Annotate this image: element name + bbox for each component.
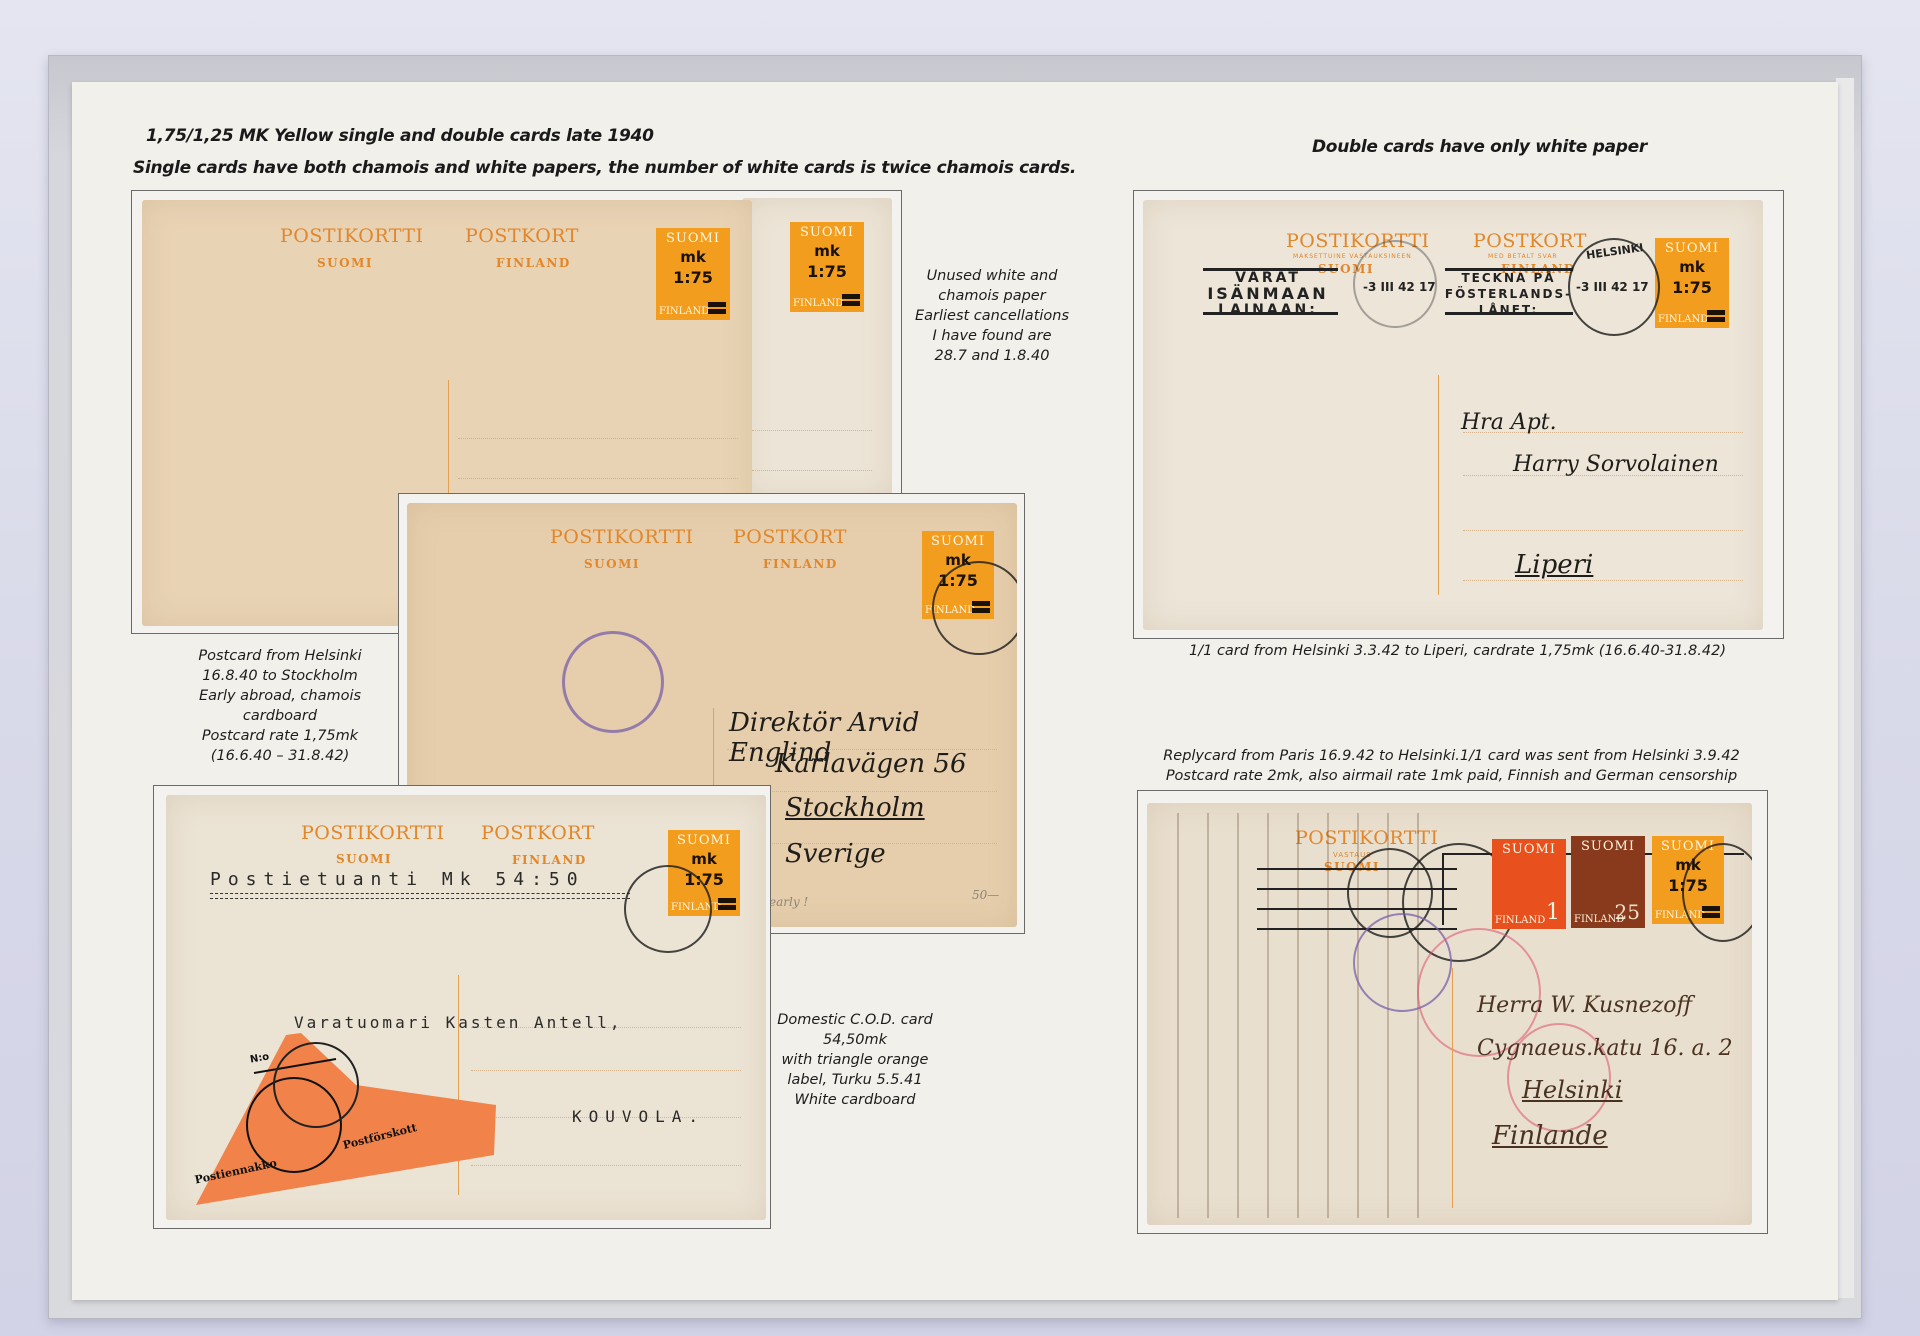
slogan-line: TECKNA PÅ — [1441, 270, 1576, 286]
unused-cards-caption: Unused white and chamois paper Earliest … — [897, 266, 1087, 366]
handwritten-addressee: Harry Sorvolainen — [1513, 452, 1719, 477]
address-line — [458, 478, 738, 479]
postmark-date: -3 III 42 17 — [1576, 280, 1649, 294]
stamp-country: SUOMI — [656, 231, 730, 246]
address-line — [1463, 530, 1743, 531]
cod-caption: Domestic C.O.D. card 54,50mk with triang… — [770, 1010, 940, 1110]
stamp-surcharge-unit: mk — [668, 850, 740, 868]
price-note: 50— — [972, 888, 999, 902]
stamp-surcharge-value: 1:75 — [656, 268, 730, 287]
stamp-25p: SUOMI 25 FINLAND — [1571, 836, 1645, 928]
obliteration-bars-icon — [1707, 310, 1725, 322]
slogan-sv: TECKNA PÅ FÖSTERLANDS- LÅNET: — [1441, 270, 1576, 318]
caption-line: chamois paper — [897, 286, 1087, 306]
obliteration-bars-icon — [842, 294, 860, 306]
stamp-country: SUOMI — [1655, 241, 1729, 256]
postmark-date: -3 III 42 17 — [1363, 280, 1436, 294]
cod-card[interactable]: POSTIKORTTI POSTKORT SUOMI FINLAND Posti… — [166, 795, 766, 1220]
caption-line: label, Turku 5.5.41 — [770, 1070, 940, 1090]
slogan-fi: VARAT ISÄNMAAN LAINAAN: — [1198, 270, 1338, 318]
stamp-country: SUOMI — [922, 534, 994, 549]
caption-line: I have found are — [897, 326, 1087, 346]
card-paid-reply-sv: MED BETALT SVAR — [1488, 253, 1558, 260]
stamp-country: SUOMI — [790, 225, 864, 240]
caption-line: Replycard from Paris 16.9.42 to Helsinki… — [1137, 746, 1766, 766]
slogan-line: LAINAAN: — [1198, 302, 1338, 318]
handwritten-street: Cygnaeus.katu 16. a. 2 — [1477, 1036, 1733, 1061]
slogan-line: FÖSTERLANDS- — [1441, 286, 1576, 302]
handwritten-addressee: Herra W. Kusnezoff — [1477, 993, 1692, 1018]
card-header-fi: POSTIKORTTI — [280, 225, 424, 247]
typed-cod-amount: Postietuanti Mk 54:50 — [210, 869, 585, 890]
caption-line: Domestic C.O.D. card — [770, 1010, 940, 1030]
card-header-fi: POSTIKORTTI — [550, 526, 694, 548]
double-cards-heading: Double cards have only white paper — [1312, 137, 1647, 157]
handwritten-addressee-title: Hra Apt. — [1461, 410, 1557, 435]
stamp-country: SUOMI — [668, 833, 740, 848]
handwritten-country: Finlande — [1492, 1121, 1608, 1151]
caption-line: Postcard from Helsinki — [180, 646, 380, 666]
stamp-bottom-text: FINLAND — [1658, 314, 1708, 325]
address-line — [471, 1070, 741, 1071]
typed-town: KOUVOLA. — [572, 1107, 705, 1126]
divider-line — [1438, 375, 1439, 595]
caption-line: Earliest cancellations — [897, 306, 1087, 326]
stamp-bottom-text: FINLAND — [1574, 914, 1624, 925]
liperi-card[interactable]: POSTIKORTTI POSTKORT MAKSETTUINE VASTAUK… — [1143, 200, 1763, 630]
handwritten-city: Stockholm — [785, 793, 925, 823]
pencil-note: early ! — [769, 895, 808, 909]
slogan-line: LÅNET: — [1441, 302, 1576, 318]
card-header-sv: POSTKORT — [733, 526, 847, 548]
stamp-country: SUOMI — [1492, 842, 1566, 857]
paris-caption: Replycard from Paris 16.9.42 to Helsinki… — [1137, 746, 1766, 786]
handwritten-street: Karlavägen 56 — [775, 749, 966, 779]
censor-mark-icon — [562, 631, 664, 733]
address-line — [471, 1165, 741, 1166]
handwritten-country: Sverige — [785, 839, 886, 869]
liperi-caption: 1/1 card from Helsinki 3.3.42 to Liperi,… — [1133, 641, 1782, 661]
helsingfors-postmark-icon — [932, 561, 1017, 655]
card-sub-sv: FINLAND — [512, 853, 587, 867]
stamp-1-75-overprint: SUOMI mk 1:75 FINLAND — [1655, 238, 1729, 328]
stamp-1-75-overprint: SUOMI mk 1:75 FINLAND — [790, 222, 864, 312]
paris-card[interactable]: POSTIKORTTI VASTAUS SUOMI SUOMI 1 FINLAN… — [1147, 803, 1752, 1225]
stamp-country: SUOMI — [1571, 839, 1645, 854]
stockholm-caption: Postcard from Helsinki 16.8.40 to Stockh… — [180, 646, 380, 766]
card-sub-fi: SUOMI — [584, 557, 640, 571]
card-header-sv: POSTKORT — [465, 225, 579, 247]
exhibit-subtitle: Single cards have both chamois and white… — [133, 158, 1076, 178]
card-sub-fi: SUOMI — [317, 256, 373, 270]
address-line — [752, 430, 872, 431]
obliteration-bars-icon — [708, 302, 726, 314]
caption-line: Unused white and — [897, 266, 1087, 286]
obliteration-bars-icon — [718, 898, 736, 910]
handwritten-city: Helsinki — [1522, 1076, 1622, 1104]
caption-line: cardboard — [180, 706, 380, 726]
divider-line — [1452, 968, 1453, 1208]
stamp-surcharge-value: 1:75 — [1655, 278, 1729, 297]
address-line — [1463, 580, 1743, 581]
caption-line: Early abroad, chamois — [180, 686, 380, 706]
caption-line: Postcard rate 2mk, also airmail rate 1mk… — [1137, 766, 1766, 786]
card-header-fi: POSTIKORTTI — [301, 822, 445, 844]
paris-postmark-icon — [1682, 843, 1752, 942]
stamp-value: 1 — [1546, 900, 1560, 925]
handwritten-town: Liperi — [1515, 550, 1593, 580]
typed-underline — [210, 893, 630, 899]
caption-line: with triangle orange — [770, 1050, 940, 1070]
turku-postmark-icon — [624, 865, 712, 953]
caption-line: 28.7 and 1.8.40 — [897, 346, 1087, 366]
stamp-surcharge-unit: mk — [1655, 258, 1729, 276]
white-unused-card[interactable]: SUOMI mk 1:75 FINLAND — [742, 198, 892, 498]
card-sub-sv: FINLAND — [496, 256, 571, 270]
stamp-1-75-overprint: SUOMI mk 1:75 FINLAND — [656, 228, 730, 320]
card-sub-fi: SUOMI — [336, 852, 392, 866]
caption-line: White cardboard — [770, 1090, 940, 1110]
card-header-sv: POSTKORT — [481, 822, 595, 844]
stamp-surcharge-unit: mk — [656, 248, 730, 266]
address-line — [752, 470, 872, 471]
stamp-surcharge-value: 1:75 — [790, 262, 864, 281]
slogan-line: ISÄNMAAN — [1198, 286, 1338, 302]
caption-line: 54,50mk — [770, 1030, 940, 1050]
stamp-1mk: SUOMI 1 FINLAND — [1492, 839, 1566, 929]
stamp-bottom-text: FINLAND — [659, 306, 709, 317]
caption-line: 16.8.40 to Stockholm — [180, 666, 380, 686]
stamp-bottom-text: FINLAND — [793, 298, 843, 309]
caption-line: Postcard rate 1,75mk — [180, 726, 380, 746]
caption-line: (16.6.40 – 31.8.42) — [180, 746, 380, 766]
card-header-sv: POSTKORT — [1473, 230, 1587, 252]
stamp-bottom-text: FINLAND — [1495, 915, 1545, 926]
card-sub-sv: FINLAND — [763, 557, 838, 571]
address-line — [458, 438, 738, 439]
exhibit-title: 1,75/1,25 MK Yellow single and double ca… — [146, 126, 654, 146]
stamp-surcharge-unit: mk — [790, 242, 864, 260]
